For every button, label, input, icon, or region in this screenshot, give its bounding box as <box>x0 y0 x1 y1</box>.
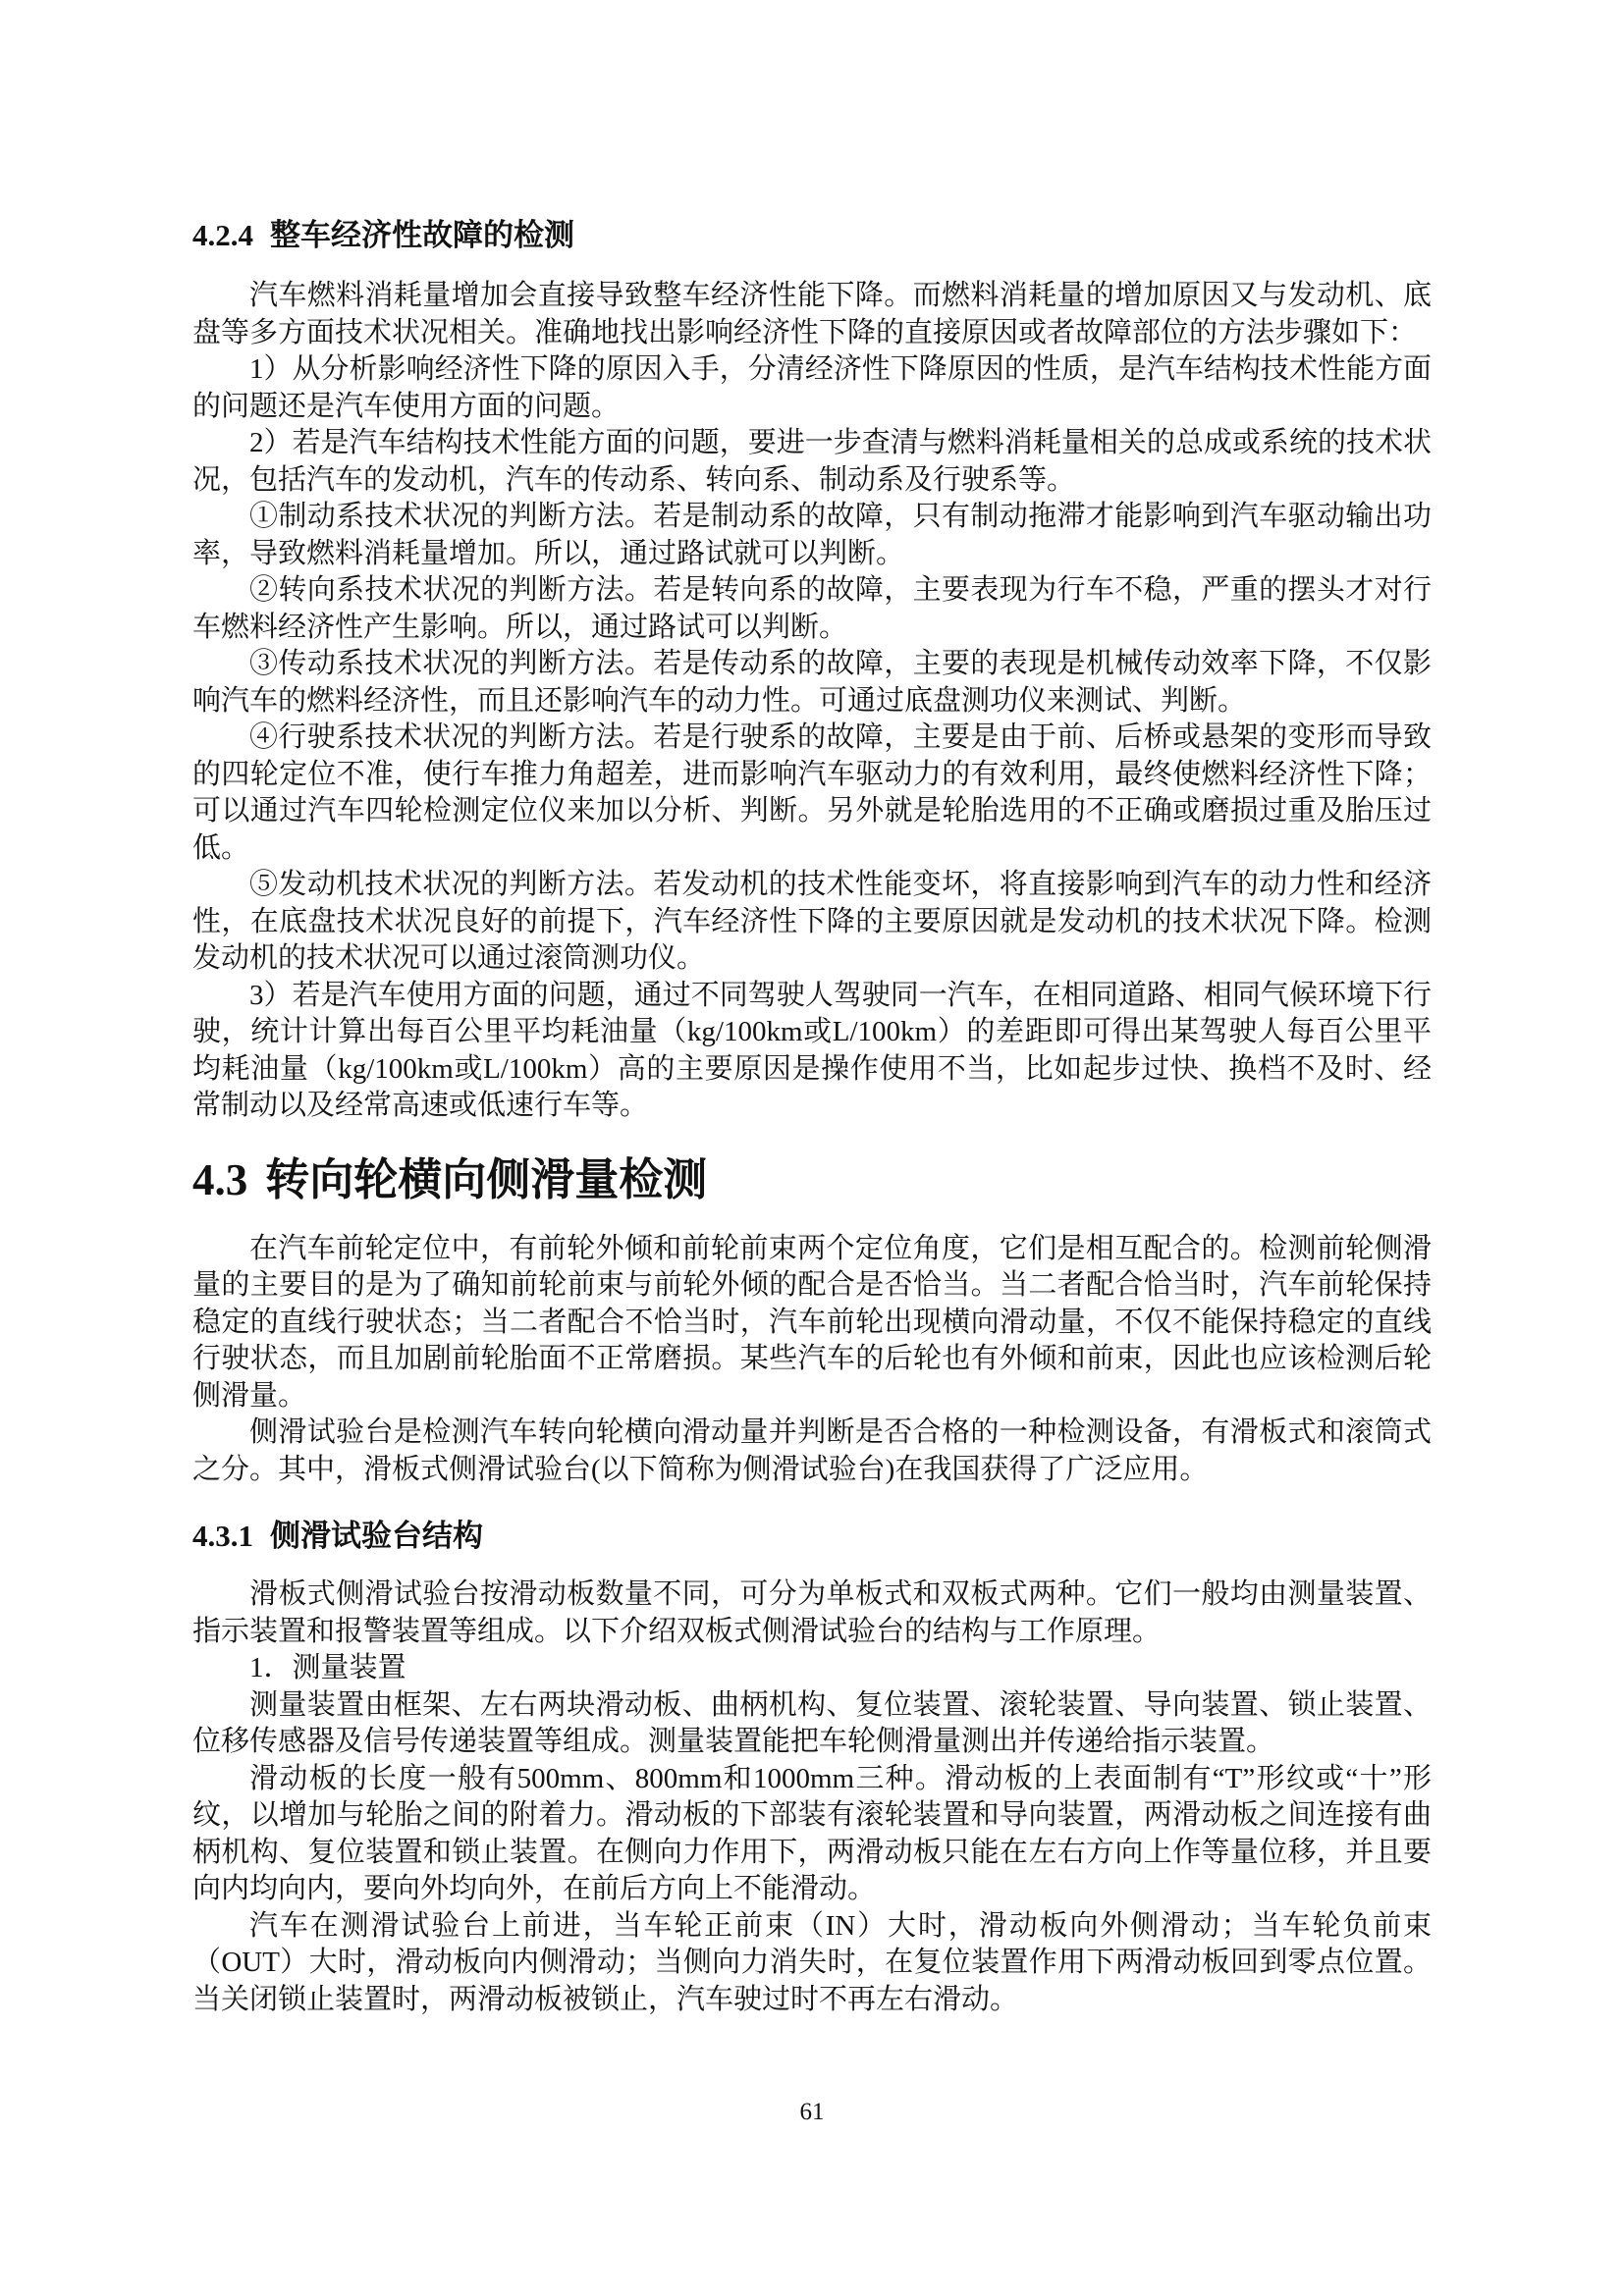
paragraph: 侧滑试验台是检测汽车转向轮横向滑动量并判断是否合格的一种检测设备，有滑板式和滚筒… <box>192 1415 1432 1488</box>
paragraph: 1）从分析影响经济性下降的原因入手，分清经济性下降原因的性质，是汽车结构技术性能… <box>192 351 1432 425</box>
paragraph: 测量装置由框架、左右两块滑动板、曲柄机构、复位装置、滚轮装置、导向装置、锁止装置… <box>192 1687 1432 1761</box>
section-heading-4-3: 4.3转向轮横向侧滑量检测 <box>192 1152 1432 1207</box>
page-number: 61 <box>800 2099 825 2125</box>
paragraph: 滑动板的长度一般有500mm、800mm和1000mm三种。滑动板的上表面制有“… <box>192 1761 1432 1908</box>
paragraph: ④行驶系技术状况的判断方法。若是行驶系的故障，主要是由于前、后桥或悬架的变形而导… <box>192 720 1432 867</box>
paragraph: 滑板式侧滑试验台按滑动板数量不同，可分为单板式和双板式两种。它们一般均由测量装置… <box>192 1576 1432 1650</box>
section-title: 整车经济性故障的检测 <box>270 218 574 252</box>
paragraph: 汽车在测滑试验台上前进，当车轮正前束（IN）大时，滑动板向外侧滑动；当车轮负前束… <box>192 1908 1432 2019</box>
section-heading-4-2-4: 4.2.4整车经济性故障的检测 <box>192 215 1432 256</box>
paragraph: 3）若是汽车使用方面的问题，通过不同驾驶人驾驶同一汽车，在相同道路、相同气候环境… <box>192 978 1432 1125</box>
paragraph: ⑤发动机技术状况的判断方法。若发动机的技术性能变坏，将直接影响到汽车的动力性和经… <box>192 867 1432 978</box>
section-number: 4.3 <box>192 1155 247 1204</box>
list-item-heading: 1．测量装置 <box>192 1650 1432 1687</box>
section-heading-4-3-1: 4.3.1侧滑试验台结构 <box>192 1516 1432 1557</box>
page-text-block: 4.2.4整车经济性故障的检测 汽车燃料消耗量增加会直接导致整车经济性能下降。而… <box>192 215 1432 2018</box>
section-title: 侧滑试验台结构 <box>270 1519 483 1553</box>
paragraph: 在汽车前轮定位中，有前轮外倾和前轮前束两个定位角度，它们是相互配合的。检测前轮侧… <box>192 1231 1432 1415</box>
section-title: 转向轮横向侧滑量检测 <box>265 1155 707 1204</box>
section-number: 4.2.4 <box>192 218 253 252</box>
paragraph: ①制动系技术状况的判断方法。若是制动系的故障，只有制动拖滞才能影响到汽车驱动输出… <box>192 499 1432 572</box>
section-number: 4.3.1 <box>192 1519 253 1553</box>
page-footer: 61 <box>0 2097 1624 2128</box>
document-page: 4.2.4整车经济性故障的检测 汽车燃料消耗量增加会直接导致整车经济性能下降。而… <box>0 0 1624 2296</box>
paragraph: ②转向系技术状况的判断方法。若是转向系的故障，主要表现为行车不稳，严重的摆头才对… <box>192 572 1432 646</box>
paragraph: 汽车燃料消耗量增加会直接导致整车经济性能下降。而燃料消耗量的增加原因又与发动机、… <box>192 278 1432 351</box>
paragraph: 2）若是汽车结构技术性能方面的问题，要进一步查清与燃料消耗量相关的总成或系统的技… <box>192 425 1432 499</box>
paragraph: ③传动系技术状况的判断方法。若是传动系的故障，主要的表现是机械传动效率下降，不仅… <box>192 646 1432 720</box>
